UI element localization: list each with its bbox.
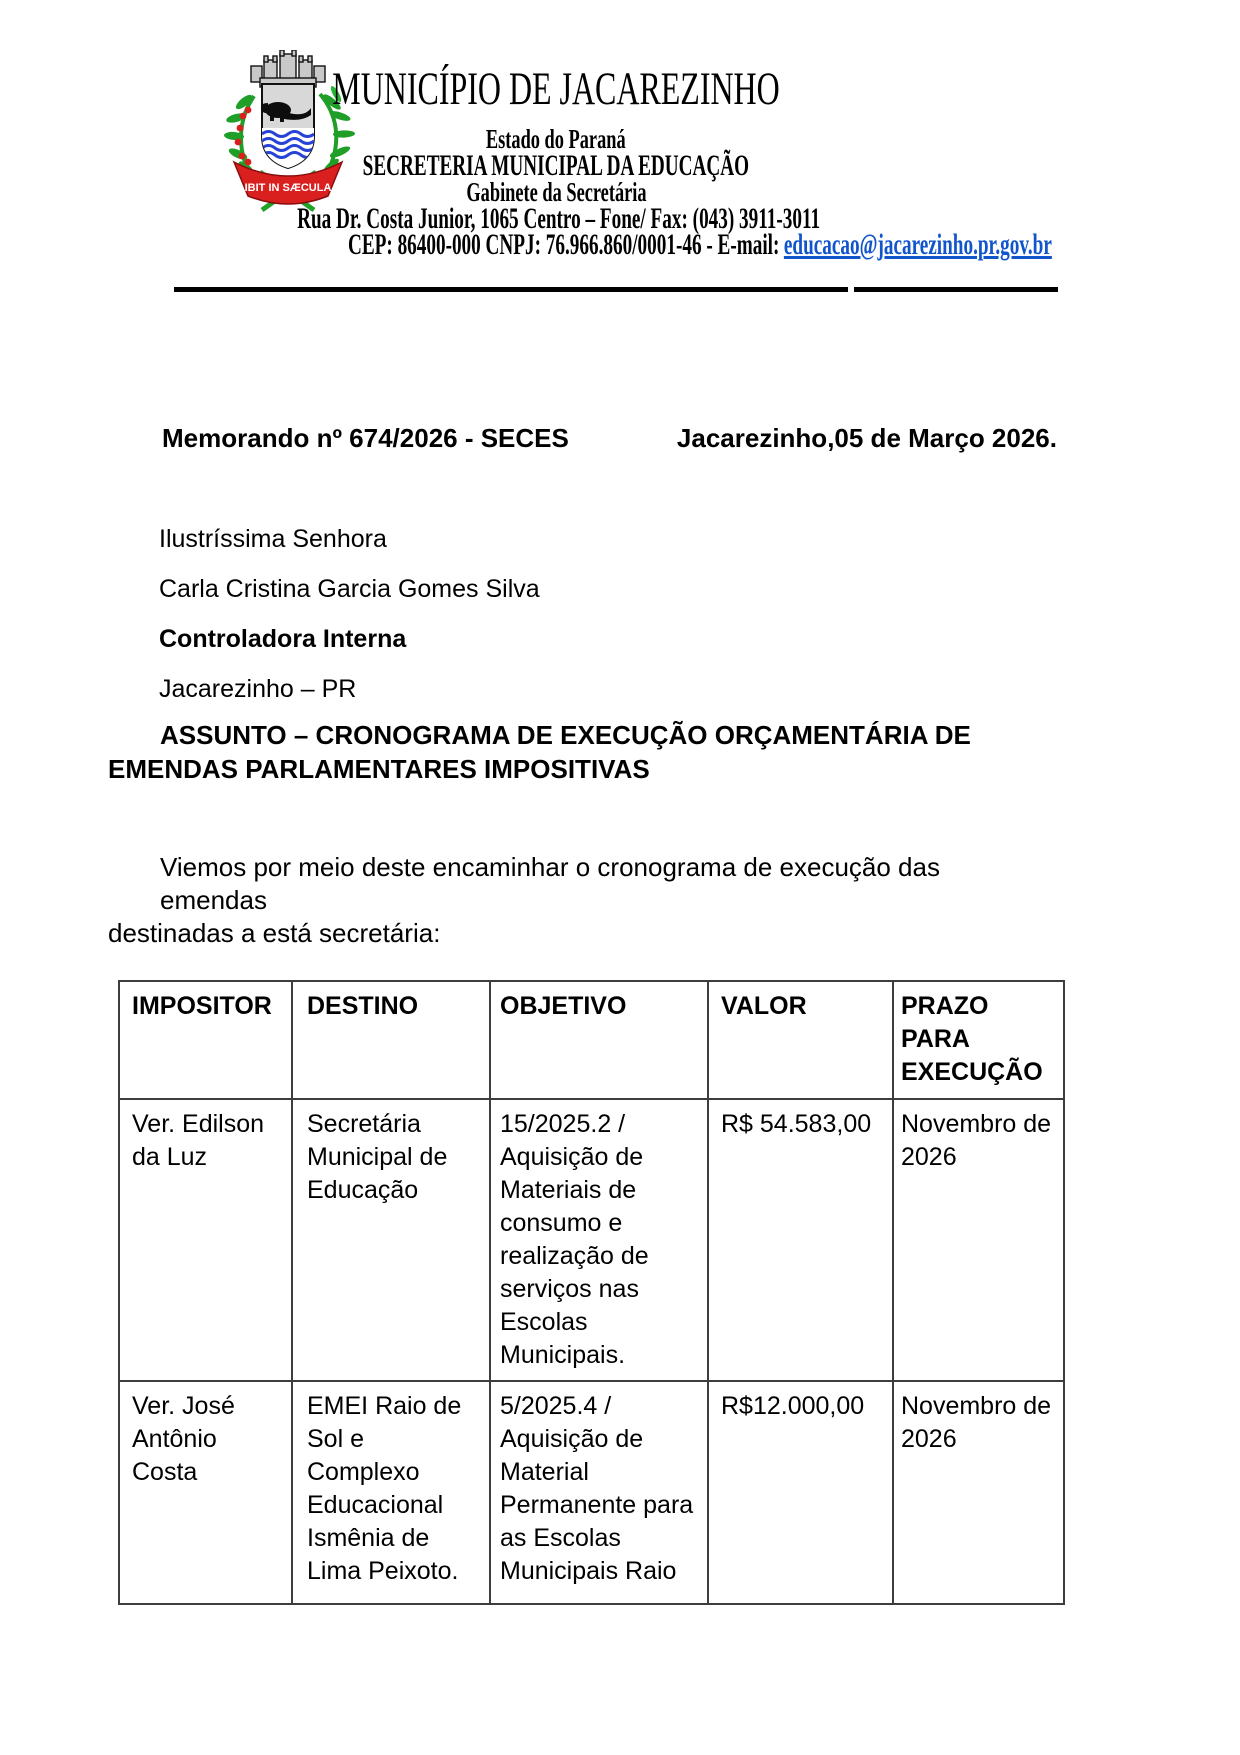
- table-cell: Novembro de 2026: [893, 1381, 1064, 1604]
- email-link[interactable]: educacao@jacarezinho.pr.gov.br: [784, 228, 1052, 261]
- memo-date: Jacarezinho,05 de Março 2026.: [677, 423, 1057, 453]
- registry-line: CEP: 86400-000 CNPJ: 76.966.860/0001-46 …: [150, 232, 962, 259]
- table-cell: 5/2025.4 / Aquisição de Material Permane…: [490, 1381, 708, 1604]
- table-cell: Ver. José Antônio Costa: [119, 1381, 292, 1604]
- recipient-role: Controladora Interna: [159, 626, 540, 652]
- letterhead-divider-rule: [174, 287, 1058, 292]
- recipient-name: Carla Cristina Garcia Gomes Silva: [159, 576, 540, 602]
- table-header-cell: DESTINO: [292, 981, 490, 1099]
- rule-segment-right: [854, 287, 1058, 292]
- rule-segment-left: [174, 287, 848, 292]
- table-cell: 15/2025.2 / Aquisição de Materiais de co…: [490, 1099, 708, 1381]
- recipient-salutation: Ilustríssima Senhora: [159, 526, 540, 552]
- table-row: Ver. Edilson da LuzSecretária Municipal …: [119, 1099, 1064, 1381]
- schedule-table: IMPOSITORDESTINOOBJETIVOVALORPRAZO PARA …: [118, 980, 1065, 1605]
- table-header-cell: VALOR: [708, 981, 893, 1099]
- body-line-2: destinadas a está secretária:: [108, 917, 1048, 950]
- cep-cnpj-text: CEP: 86400-000 CNPJ: 76.966.860/0001-46 …: [348, 228, 779, 261]
- memo-header-row: Memorando nº 674/2026 - SECES Jacarezinh…: [162, 423, 1057, 453]
- recipient-city: Jacarezinho – PR: [159, 676, 540, 702]
- table-header-row: IMPOSITORDESTINOOBJETIVOVALORPRAZO PARA …: [119, 981, 1064, 1099]
- table-header-cell: PRAZO PARA EXECUÇÃO: [893, 981, 1064, 1099]
- table-header-cell: IMPOSITOR: [119, 981, 292, 1099]
- letterhead: MUNICÍPIO DE JACAREZINHO Estado do Paran…: [150, 64, 962, 259]
- table-row: Ver. José Antônio CostaEMEI Raio de Sol …: [119, 1381, 1064, 1604]
- secretariat-line: SECRETERIA MUNICIPAL DA EDUCAÇÃO: [150, 153, 962, 180]
- table-header-cell: OBJETIVO: [490, 981, 708, 1099]
- recipient-block: Ilustríssima Senhora Carla Cristina Garc…: [159, 526, 540, 726]
- body-paragraph: Viemos por meio deste encaminhar o crono…: [108, 851, 1048, 950]
- subject-paragraph: ASSUNTO – CRONOGRAMA DE EXECUÇÃO ORÇAMEN…: [108, 718, 1008, 786]
- table-cell: EMEI Raio de Sol e Complexo Educacional …: [292, 1381, 490, 1604]
- memo-document-page: IBIT IN SÆCULA MUNICÍPIO DE JACAREZINHO …: [0, 0, 1240, 1755]
- table-cell: Novembro de 2026: [893, 1099, 1064, 1381]
- table-cell: Secretária Municipal de Educação: [292, 1099, 490, 1381]
- table-cell: R$ 54.583,00: [708, 1099, 893, 1381]
- subject-line-1: ASSUNTO – CRONOGRAMA DE EXECUÇÃO ORÇAMEN…: [108, 718, 1008, 752]
- table-cell: R$12.000,00: [708, 1381, 893, 1604]
- subject-line-2: EMENDAS PARLAMENTARES IMPOSITIVAS: [108, 752, 1008, 786]
- memo-number: Memorando nº 674/2026 - SECES: [162, 423, 569, 453]
- municipality-title: MUNICÍPIO DE JACAREZINHO: [150, 64, 962, 114]
- body-line-1: Viemos por meio deste encaminhar o crono…: [108, 851, 1048, 917]
- table-cell: Ver. Edilson da Luz: [119, 1099, 292, 1381]
